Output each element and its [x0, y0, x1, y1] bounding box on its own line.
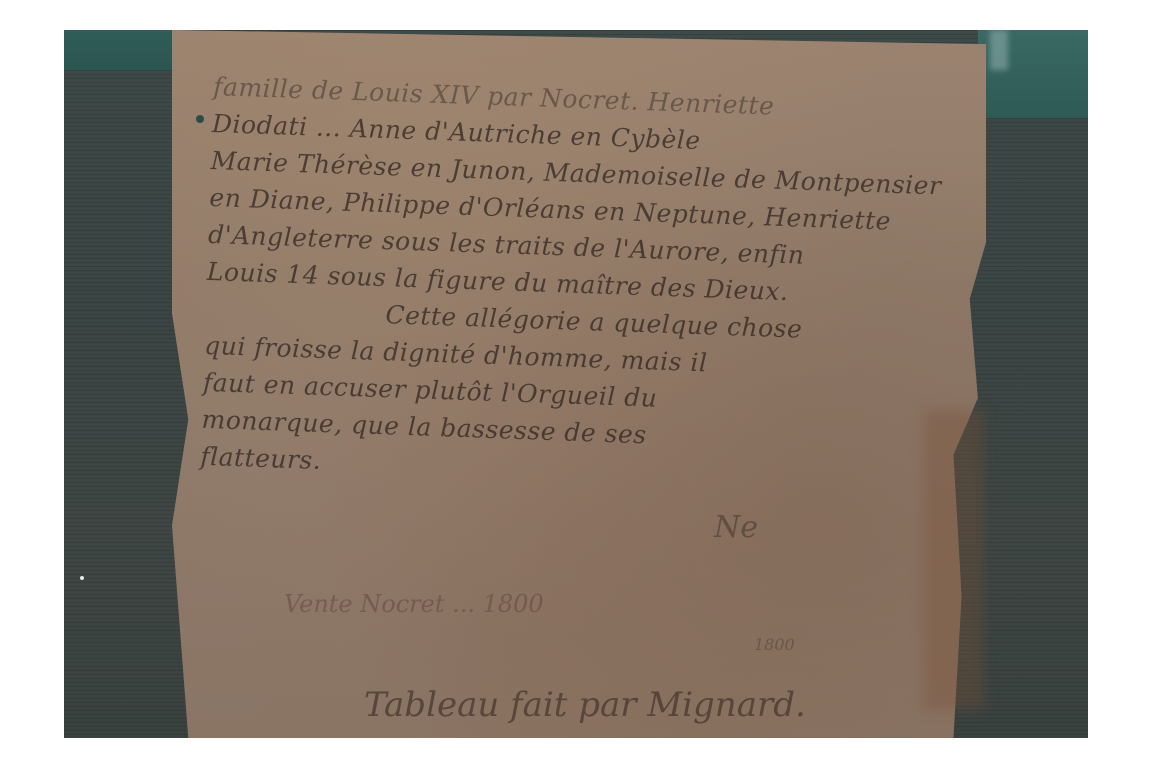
speck — [80, 576, 84, 580]
footer-note: Tableau fait par Mignard. — [364, 685, 806, 725]
stamp-year: 1800 — [754, 635, 795, 654]
handwritten-text: famille de Louis XIV par Nocret. Henriet… — [200, 68, 974, 501]
signature-mark: Ne — [714, 510, 758, 545]
lower-annotations: Ne Vente Nocret ... 1800 1800 Tableau fa… — [244, 500, 944, 700]
photograph: famille de Louis XIV par Nocret. Henriet… — [64, 30, 1088, 738]
teal-painted-board-right — [978, 30, 1088, 118]
nail-hole — [196, 115, 204, 123]
faded-stamp: Vente Nocret ... 1800 — [284, 590, 544, 618]
teal-painted-board — [64, 30, 172, 70]
